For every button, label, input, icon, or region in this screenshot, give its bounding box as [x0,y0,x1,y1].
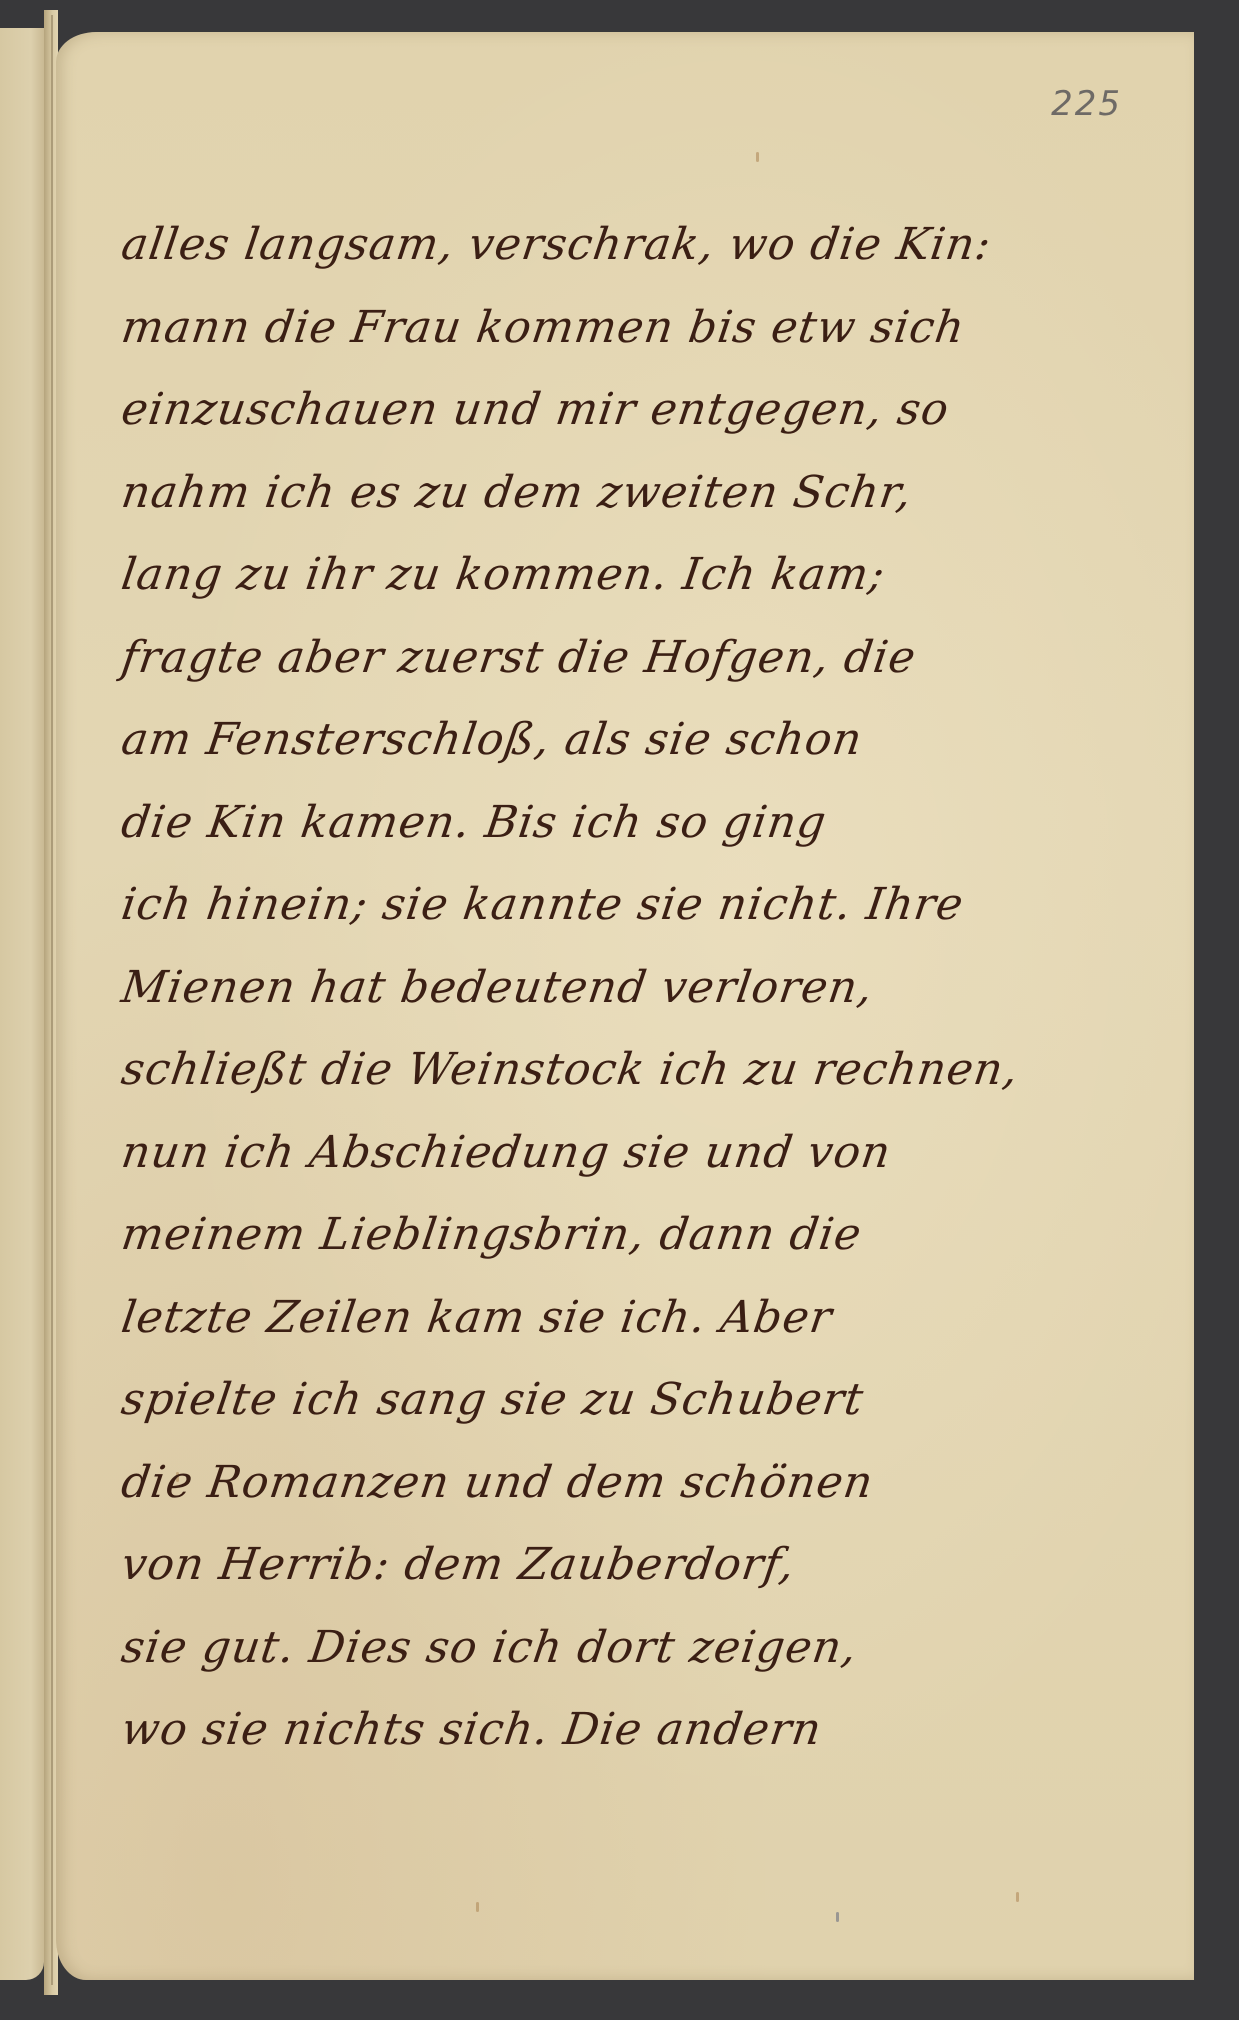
gutter-fold-line [51,15,53,1985]
text-line: von Herrib: dem Zauberdorf, [116,1524,1128,1607]
text-line: am Fensterschloß, als sie schon [116,699,1128,782]
paper-fleck [836,1912,839,1922]
text-line: die Kin kamen. Bis ich so ging [116,782,1128,865]
handwritten-text: alles langsam, verschrak, wo die Kin: ma… [116,204,1116,1772]
text-line: schließt die Weinstock ich zu rechnen, [116,1029,1128,1112]
text-line: sie gut. Dies so ich dort zeigen, [116,1607,1128,1690]
paper-fleck [476,1902,479,1912]
text-line: meinem Lieblingsbrin, dann die [116,1194,1128,1277]
manuscript-page: 225 alles langsam, verschrak, wo die Kin… [56,32,1194,1980]
facing-page-edge [0,28,44,1980]
text-line: spielte ich sang sie zu Schubert [116,1359,1128,1442]
text-line: Mienen hat bedeutend verloren, [116,947,1128,1030]
text-line: ich hinein; sie kannte sie nicht. Ihre [116,864,1128,947]
text-line: wo sie nichts sich. Die andern [116,1689,1128,1772]
manuscript-scan: 225 alles langsam, verschrak, wo die Kin… [0,0,1239,2020]
page-number: 225 [1051,84,1122,124]
text-line: mann die Frau kommen bis etw sich [116,287,1128,370]
text-line: letzte Zeilen kam sie ich. Aber [116,1277,1128,1360]
paper-fleck [756,152,759,162]
text-line: nun ich Abschiedung sie und von [116,1112,1128,1195]
text-line: nahm ich es zu dem zweiten Schr, [116,452,1128,535]
text-line: alles langsam, verschrak, wo die Kin: [116,204,1128,287]
paper-fleck [1016,1892,1019,1902]
text-line: einzuschauen und mir entgegen, so [116,369,1128,452]
text-line: lang zu ihr zu kommen. Ich kam; [116,534,1128,617]
text-line: die Romanzen und dem schönen [116,1442,1128,1525]
text-line: fragte aber zuerst die Hofgen, die [116,617,1128,700]
